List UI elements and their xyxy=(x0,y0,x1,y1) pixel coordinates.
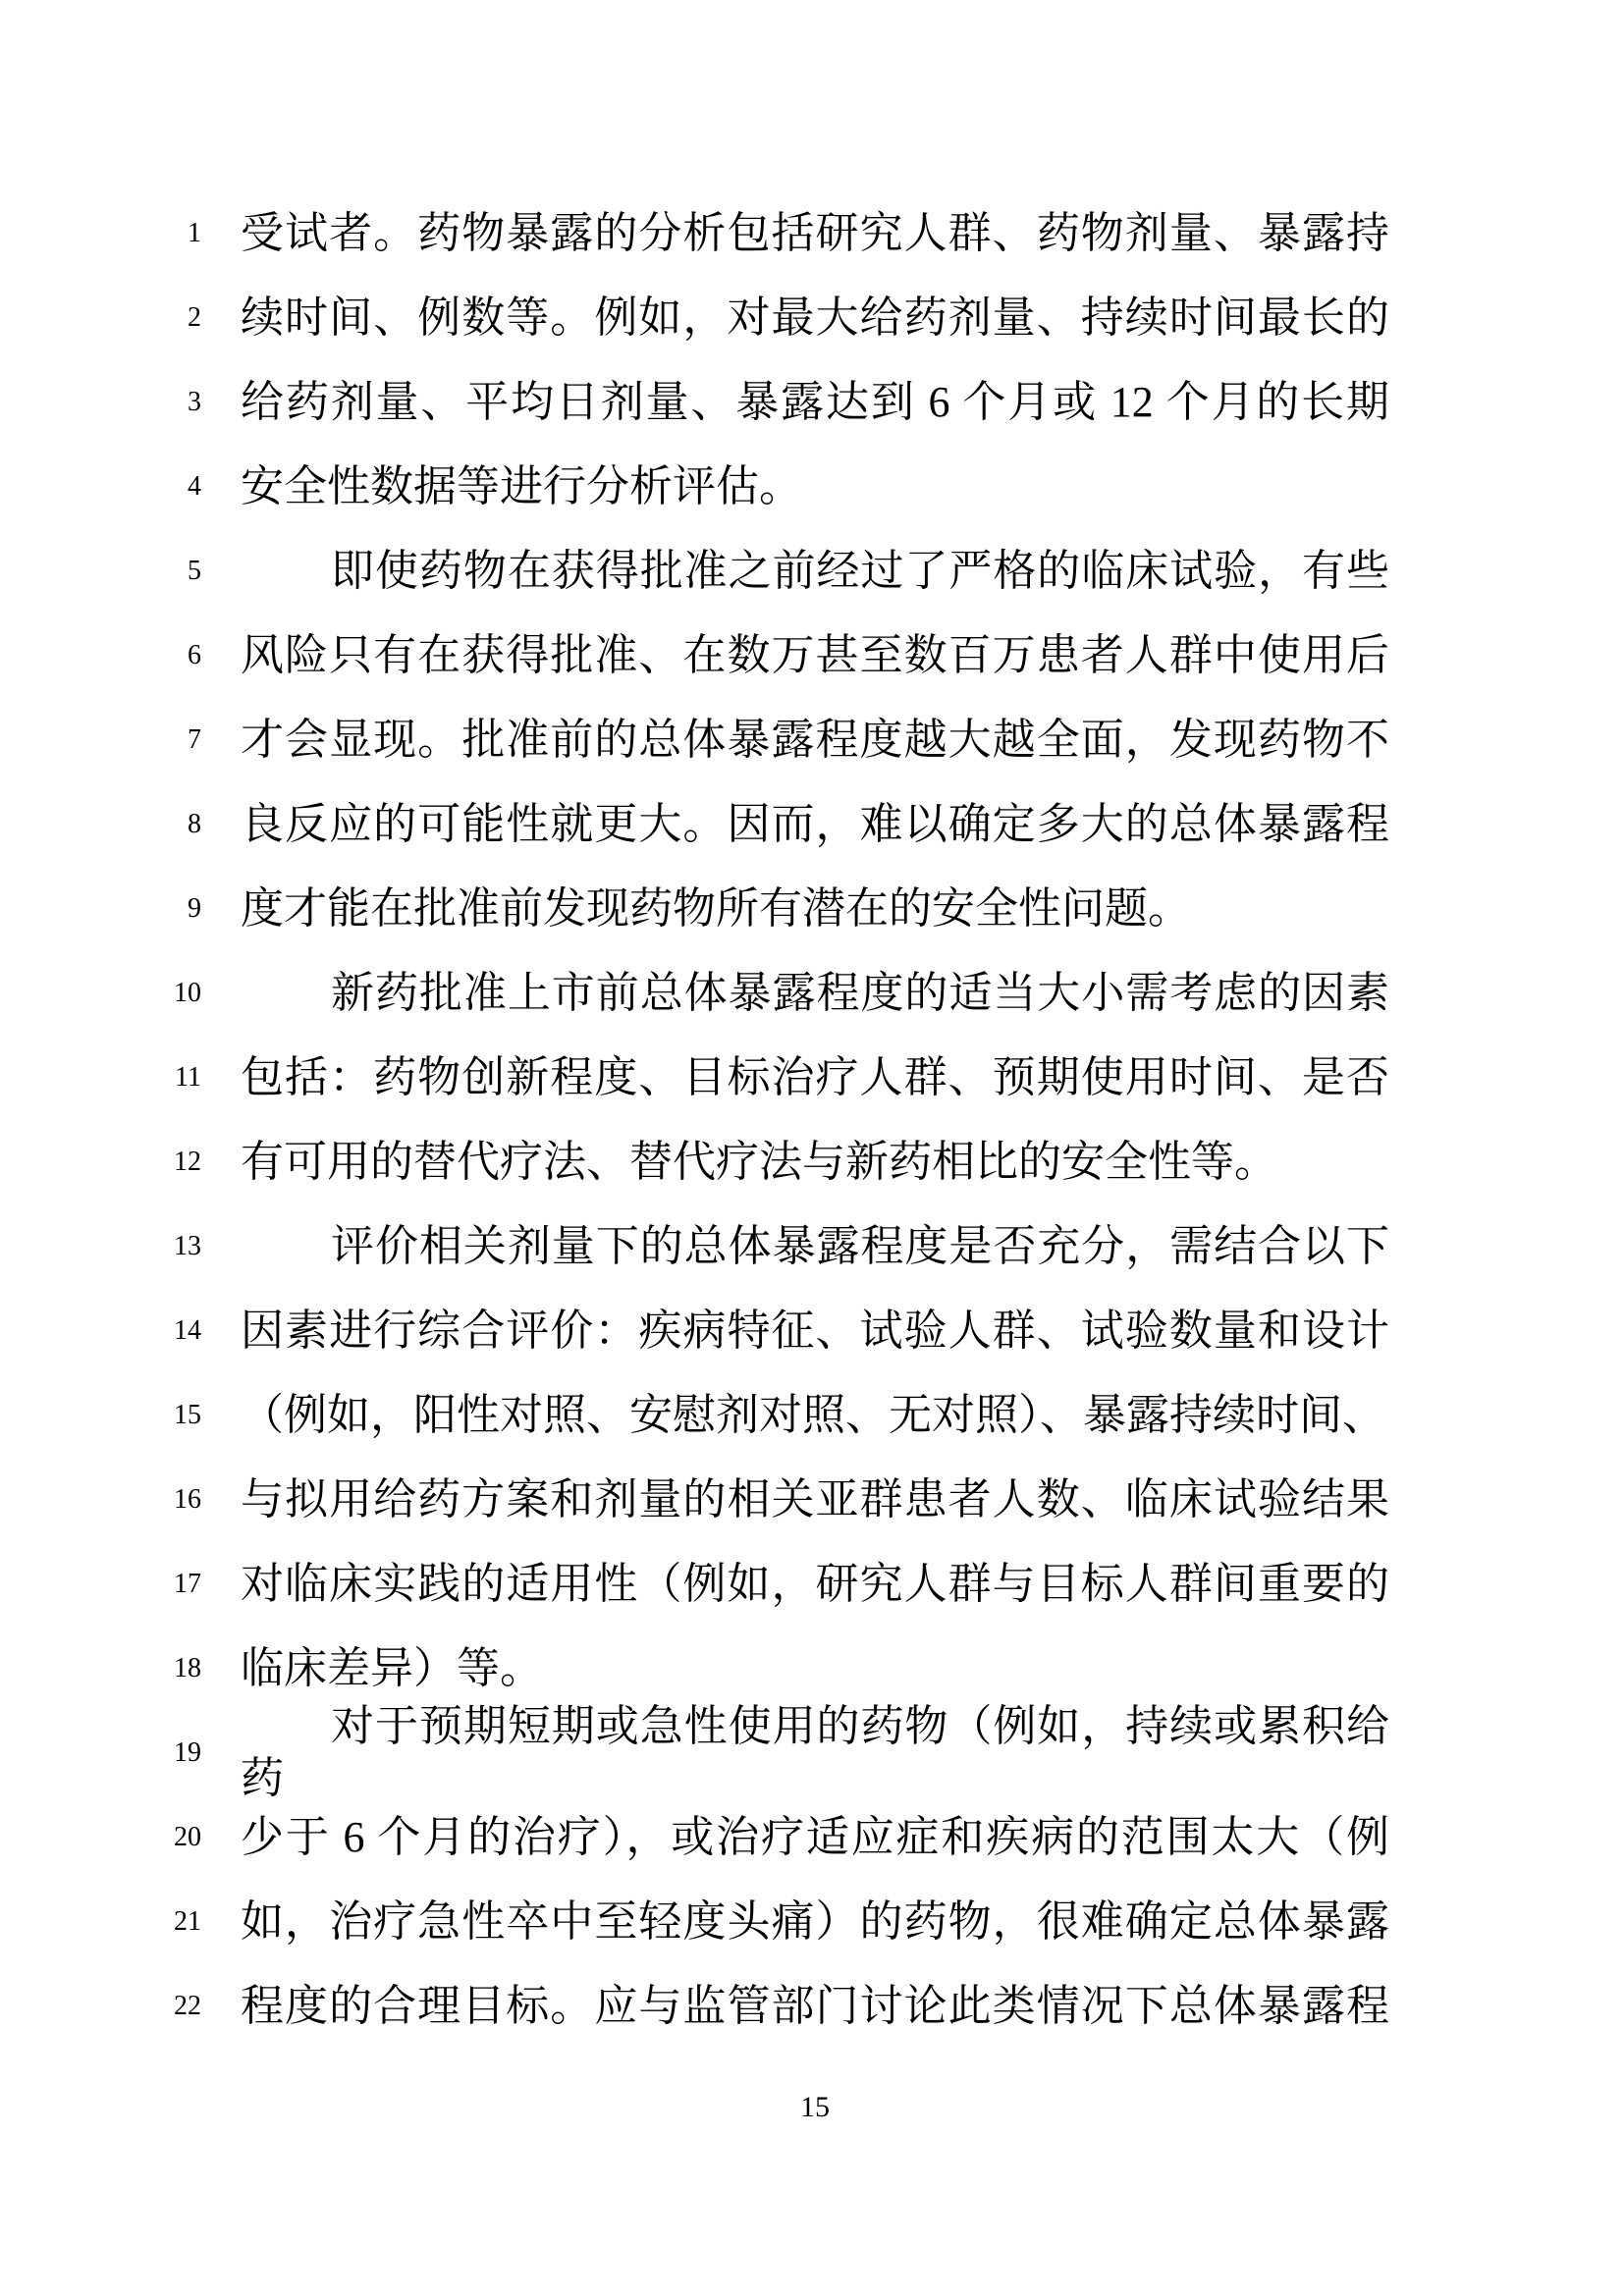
text-line: 7 才会显现。批准前的总体暴露程度越大越全面，发现药物不 xyxy=(0,698,1624,782)
line-number: 6 xyxy=(0,640,201,671)
line-text: 对临床实践的适用性（例如，研究人群与目标人群间重要的 xyxy=(241,1559,1389,1611)
text-line: 14 因素进行综合评价：疾病特征、试验人群、试验数量和设计 xyxy=(0,1289,1624,1373)
line-text: 与拟用给药方案和剂量的相关亚群患者人数、临床试验结果 xyxy=(241,1474,1389,1526)
line-text: 新药批准上市前总体暴露程度的适当大小需考虑的因素 xyxy=(241,968,1389,1020)
line-number: 19 xyxy=(0,1737,201,1769)
text-line: 3 给药剂量、平均日剂量、暴露达到 6 个月或 12 个月的长期 xyxy=(0,360,1624,445)
line-number: 12 xyxy=(0,1147,201,1178)
line-number: 15 xyxy=(0,1400,201,1431)
line-number: 18 xyxy=(0,1653,201,1684)
line-text: 包括：药物创新程度、目标治疗人群、预期使用时间、是否 xyxy=(241,1052,1389,1104)
text-line: 11 包括：药物创新程度、目标治疗人群、预期使用时间、是否 xyxy=(0,1036,1624,1120)
line-text: 如，治疗急性卒中至轻度头痛）的药物，很难确定总体暴露 xyxy=(241,1896,1389,1949)
line-number: 20 xyxy=(0,1822,201,1853)
line-number: 10 xyxy=(0,978,201,1009)
line-text: 受试者。药物暴露的分析包括研究人群、药物剂量、暴露持 xyxy=(241,208,1389,260)
line-number: 13 xyxy=(0,1231,201,1262)
line-text: 才会显现。批准前的总体暴露程度越大越全面，发现药物不 xyxy=(241,715,1389,767)
line-number: 1 xyxy=(0,218,201,249)
line-text: 安全性数据等进行分析评估。 xyxy=(241,461,1389,513)
text-line: 17 对临床实践的适用性（例如，研究人群与目标人群间重要的 xyxy=(0,1542,1624,1627)
line-number: 21 xyxy=(0,1906,201,1938)
line-text: 因素进行综合评价：疾病特征、试验人群、试验数量和设计 xyxy=(241,1306,1389,1358)
line-text: （例如，阳性对照、安慰剂对照、无对照）、暴露持续时间、 xyxy=(241,1390,1389,1442)
text-line: 19 对于预期短期或急性使用的药物（例如，持续或累积给药 xyxy=(0,1711,1624,1795)
text-line: 9 度才能在批准前发现药物所有潜在的安全性问题。 xyxy=(0,867,1624,951)
line-number: 16 xyxy=(0,1484,201,1516)
line-number: 2 xyxy=(0,302,201,334)
line-number: 7 xyxy=(0,724,201,756)
text-line: 8 良反应的可能性就更大。因而，难以确定多大的总体暴露程 xyxy=(0,782,1624,867)
text-line: 12 有可用的替代疗法、替代疗法与新药相比的安全性等。 xyxy=(0,1120,1624,1204)
line-number: 5 xyxy=(0,556,201,587)
text-body: 1 受试者。药物暴露的分析包括研究人群、药物剂量、暴露持 2 续时间、例数等。例… xyxy=(0,191,1624,2049)
line-text: 对于预期短期或急性使用的药物（例如，持续或累积给药 xyxy=(241,1701,1389,1805)
text-line: 1 受试者。药物暴露的分析包括研究人群、药物剂量、暴露持 xyxy=(0,191,1624,276)
line-text: 即使药物在获得批准之前经过了严格的临床试验，有些 xyxy=(241,546,1389,598)
text-line: 2 续时间、例数等。例如，对最大给药剂量、持续时间最长的 xyxy=(0,276,1624,360)
text-line: 10 新药批准上市前总体暴露程度的适当大小需考虑的因素 xyxy=(0,951,1624,1036)
line-number: 17 xyxy=(0,1569,201,1600)
text-line: 20 少于 6 个月的治疗），或治疗适应症和疾病的范围太大（例 xyxy=(0,1795,1624,1880)
line-number: 3 xyxy=(0,387,201,418)
line-number: 14 xyxy=(0,1315,201,1347)
line-text: 少于 6 个月的治疗），或治疗适应症和疾病的范围太大（例 xyxy=(241,1812,1389,1864)
line-text: 续时间、例数等。例如，对最大给药剂量、持续时间最长的 xyxy=(241,293,1389,345)
text-line: 18 临床差异）等。 xyxy=(0,1627,1624,1711)
document-page: 1 受试者。药物暴露的分析包括研究人群、药物剂量、暴露持 2 续时间、例数等。例… xyxy=(0,0,1624,2296)
text-line: 13 评价相关剂量下的总体暴露程度是否充分，需结合以下 xyxy=(0,1204,1624,1289)
text-line: 4 安全性数据等进行分析评估。 xyxy=(0,445,1624,529)
line-text: 风险只有在获得批准、在数万甚至数百万患者人群中使用后 xyxy=(241,630,1389,682)
line-number: 8 xyxy=(0,809,201,840)
line-text: 程度的合理目标。应与监管部门讨论此类情况下总体暴露程 xyxy=(241,1981,1389,2033)
text-line: 6 风险只有在获得批准、在数万甚至数百万患者人群中使用后 xyxy=(0,614,1624,698)
text-line: 16 与拟用给药方案和剂量的相关亚群患者人数、临床试验结果 xyxy=(0,1458,1624,1542)
line-text: 度才能在批准前发现药物所有潜在的安全性问题。 xyxy=(241,883,1389,935)
text-line: 21 如，治疗急性卒中至轻度头痛）的药物，很难确定总体暴露 xyxy=(0,1880,1624,1964)
line-number: 22 xyxy=(0,1991,201,2022)
line-text: 给药剂量、平均日剂量、暴露达到 6 个月或 12 个月的长期 xyxy=(241,377,1389,429)
line-text: 良反应的可能性就更大。因而，难以确定多大的总体暴露程 xyxy=(241,799,1389,851)
line-number: 11 xyxy=(0,1062,201,1094)
line-text: 临床差异）等。 xyxy=(241,1643,1389,1695)
page-number: 15 xyxy=(241,2091,1389,2124)
line-number: 4 xyxy=(0,471,201,503)
text-line: 15 （例如，阳性对照、安慰剂对照、无对照）、暴露持续时间、 xyxy=(0,1373,1624,1458)
text-line: 5 即使药物在获得批准之前经过了严格的临床试验，有些 xyxy=(0,529,1624,614)
text-line: 22 程度的合理目标。应与监管部门讨论此类情况下总体暴露程 xyxy=(0,1964,1624,2049)
line-number: 9 xyxy=(0,893,201,925)
line-text: 有可用的替代疗法、替代疗法与新药相比的安全性等。 xyxy=(241,1137,1389,1189)
line-text: 评价相关剂量下的总体暴露程度是否充分，需结合以下 xyxy=(241,1221,1389,1273)
